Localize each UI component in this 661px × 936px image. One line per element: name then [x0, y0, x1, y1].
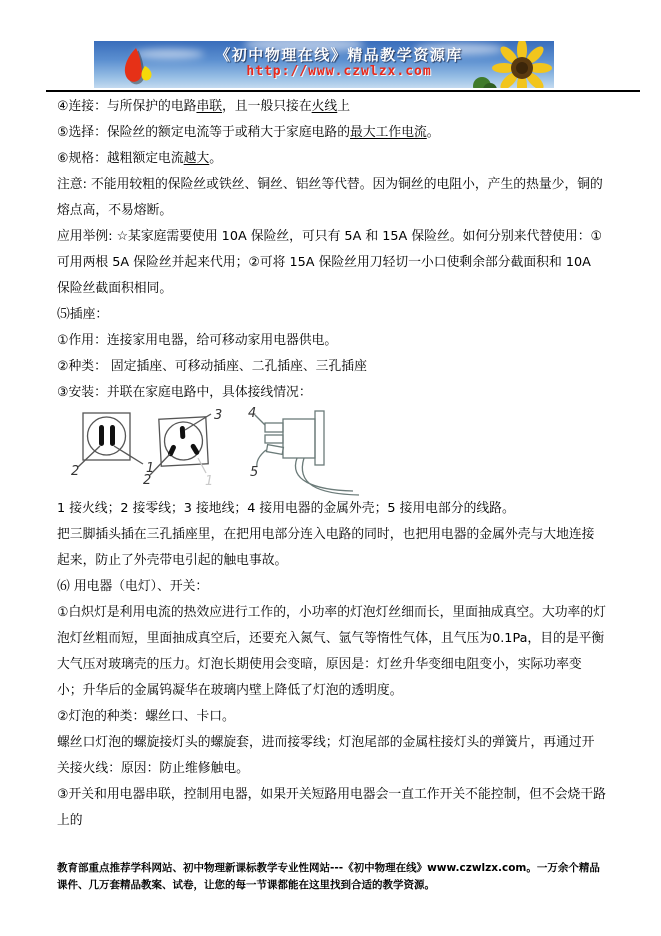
para-fuse-select: ⑤选择：保险丝的额定电流等于或稍大于家庭电路的最大工作电流。 — [57, 120, 606, 146]
para-appliance-heading: ⑹ 用电器（电灯）、开关： — [57, 574, 606, 600]
label-socket3-top: 3 — [214, 408, 222, 423]
two-hole-socket — [78, 413, 143, 467]
para-fuse-spec: ⑥规格：越粗额定电流越大。 — [57, 146, 606, 172]
text-run: ⑥规格：越粗额定电流 — [57, 151, 184, 166]
label-plug-top: 4 — [248, 406, 256, 421]
socket-wiring-svg: 2 1 3 2 1 — [63, 406, 583, 496]
para-switch-series: ③开关和用电器串联，控制用电器，如果开关短路用电器会一直工作开关不能控制，但不会… — [57, 782, 606, 834]
text-run: 上 — [337, 99, 350, 114]
text-run-underlined: 串联 — [196, 99, 222, 114]
para-screw-base: 螺丝口灯泡的螺旋接灯头的螺旋套，进而接零线；灯泡尾部的金属柱接灯头的弹簧片，再通… — [57, 730, 606, 782]
para-socket-use: ①作用：连接家用电器，给可移动家用电器供电。 — [57, 328, 606, 354]
three-pin-plug — [255, 411, 359, 495]
para-wiring-legend: 1 接火线；2 接零线；3 接地线；4 接用电器的金属外壳；5 接用电部分的线路… — [57, 496, 606, 522]
para-bulb-types: ②灯泡的种类：螺丝口、卡口。 — [57, 704, 606, 730]
document-content: ④连接：与所保护的电路串联，且一般只接在火线上 ⑤选择：保险丝的额定电流等于或稍… — [57, 94, 606, 834]
page-footer: 教育部重点推荐学科网站、初中物理新课标教学专业性网站---《初中物理在线》www… — [57, 860, 609, 893]
text-run: 。 — [209, 151, 222, 166]
socket-wiring-figure: 2 1 3 2 1 — [57, 406, 606, 496]
para-fuse-connect: ④连接：与所保护的电路串联，且一般只接在火线上 — [57, 94, 606, 120]
label-socket3-right: 1 — [205, 474, 213, 489]
para-socket-types: ②种类： 固定插座、可移动插座、二孔插座、三孔插座 — [57, 354, 606, 380]
para-socket-install: ③安装：并联在家庭电路中，具体接线情况： — [57, 380, 606, 406]
text-run: ，且一般只接在 — [222, 99, 312, 114]
document-page: 《初中物理在线》精品教学资源库 http://www.czwlzx.com — [0, 0, 661, 936]
text-run: ④连接：与所保护的电路 — [57, 99, 196, 114]
para-fuse-note: 注意: 不能用较粗的保险丝或铁丝、铜丝、铝丝等代替。因为铜丝的电阻小，产生的热量… — [57, 172, 606, 224]
label-socket3-left: 2 — [143, 473, 151, 488]
text-run: ⑤选择：保险丝的额定电流等于或稍大于家庭电路的 — [57, 125, 350, 140]
text-run-underlined: 越大 — [184, 151, 210, 166]
label-plug-bottom: 5 — [250, 465, 258, 480]
sunflower-center-inner — [516, 62, 528, 74]
para-three-pin: 把三脚插头插在三孔插座里，在把用电部分连入电路的同时，也把用电器的金属外壳与大地… — [57, 522, 606, 574]
site-logo-icon — [114, 44, 158, 86]
para-socket-heading: ⑸插座： — [57, 302, 606, 328]
text-run-underlined: 最大工作电流 — [350, 125, 427, 140]
para-incandescent: ①白炽灯是利用电流的热效应进行工作的，小功率的灯泡灯丝细而长，里面抽成真空。大功… — [57, 600, 606, 704]
para-fuse-example: 应用举例: ☆某家庭需要使用 10A 保险丝，可只有 5A 和 15A 保险丝。… — [57, 224, 606, 302]
site-banner[interactable]: 《初中物理在线》精品教学资源库 http://www.czwlzx.com — [94, 41, 554, 88]
label-socket2-left: 2 — [71, 464, 79, 479]
header-divider-line — [46, 90, 640, 92]
text-run: 。 — [427, 125, 440, 140]
sunflower-icon — [460, 41, 552, 88]
text-run-underlined: 火线 — [312, 99, 338, 114]
